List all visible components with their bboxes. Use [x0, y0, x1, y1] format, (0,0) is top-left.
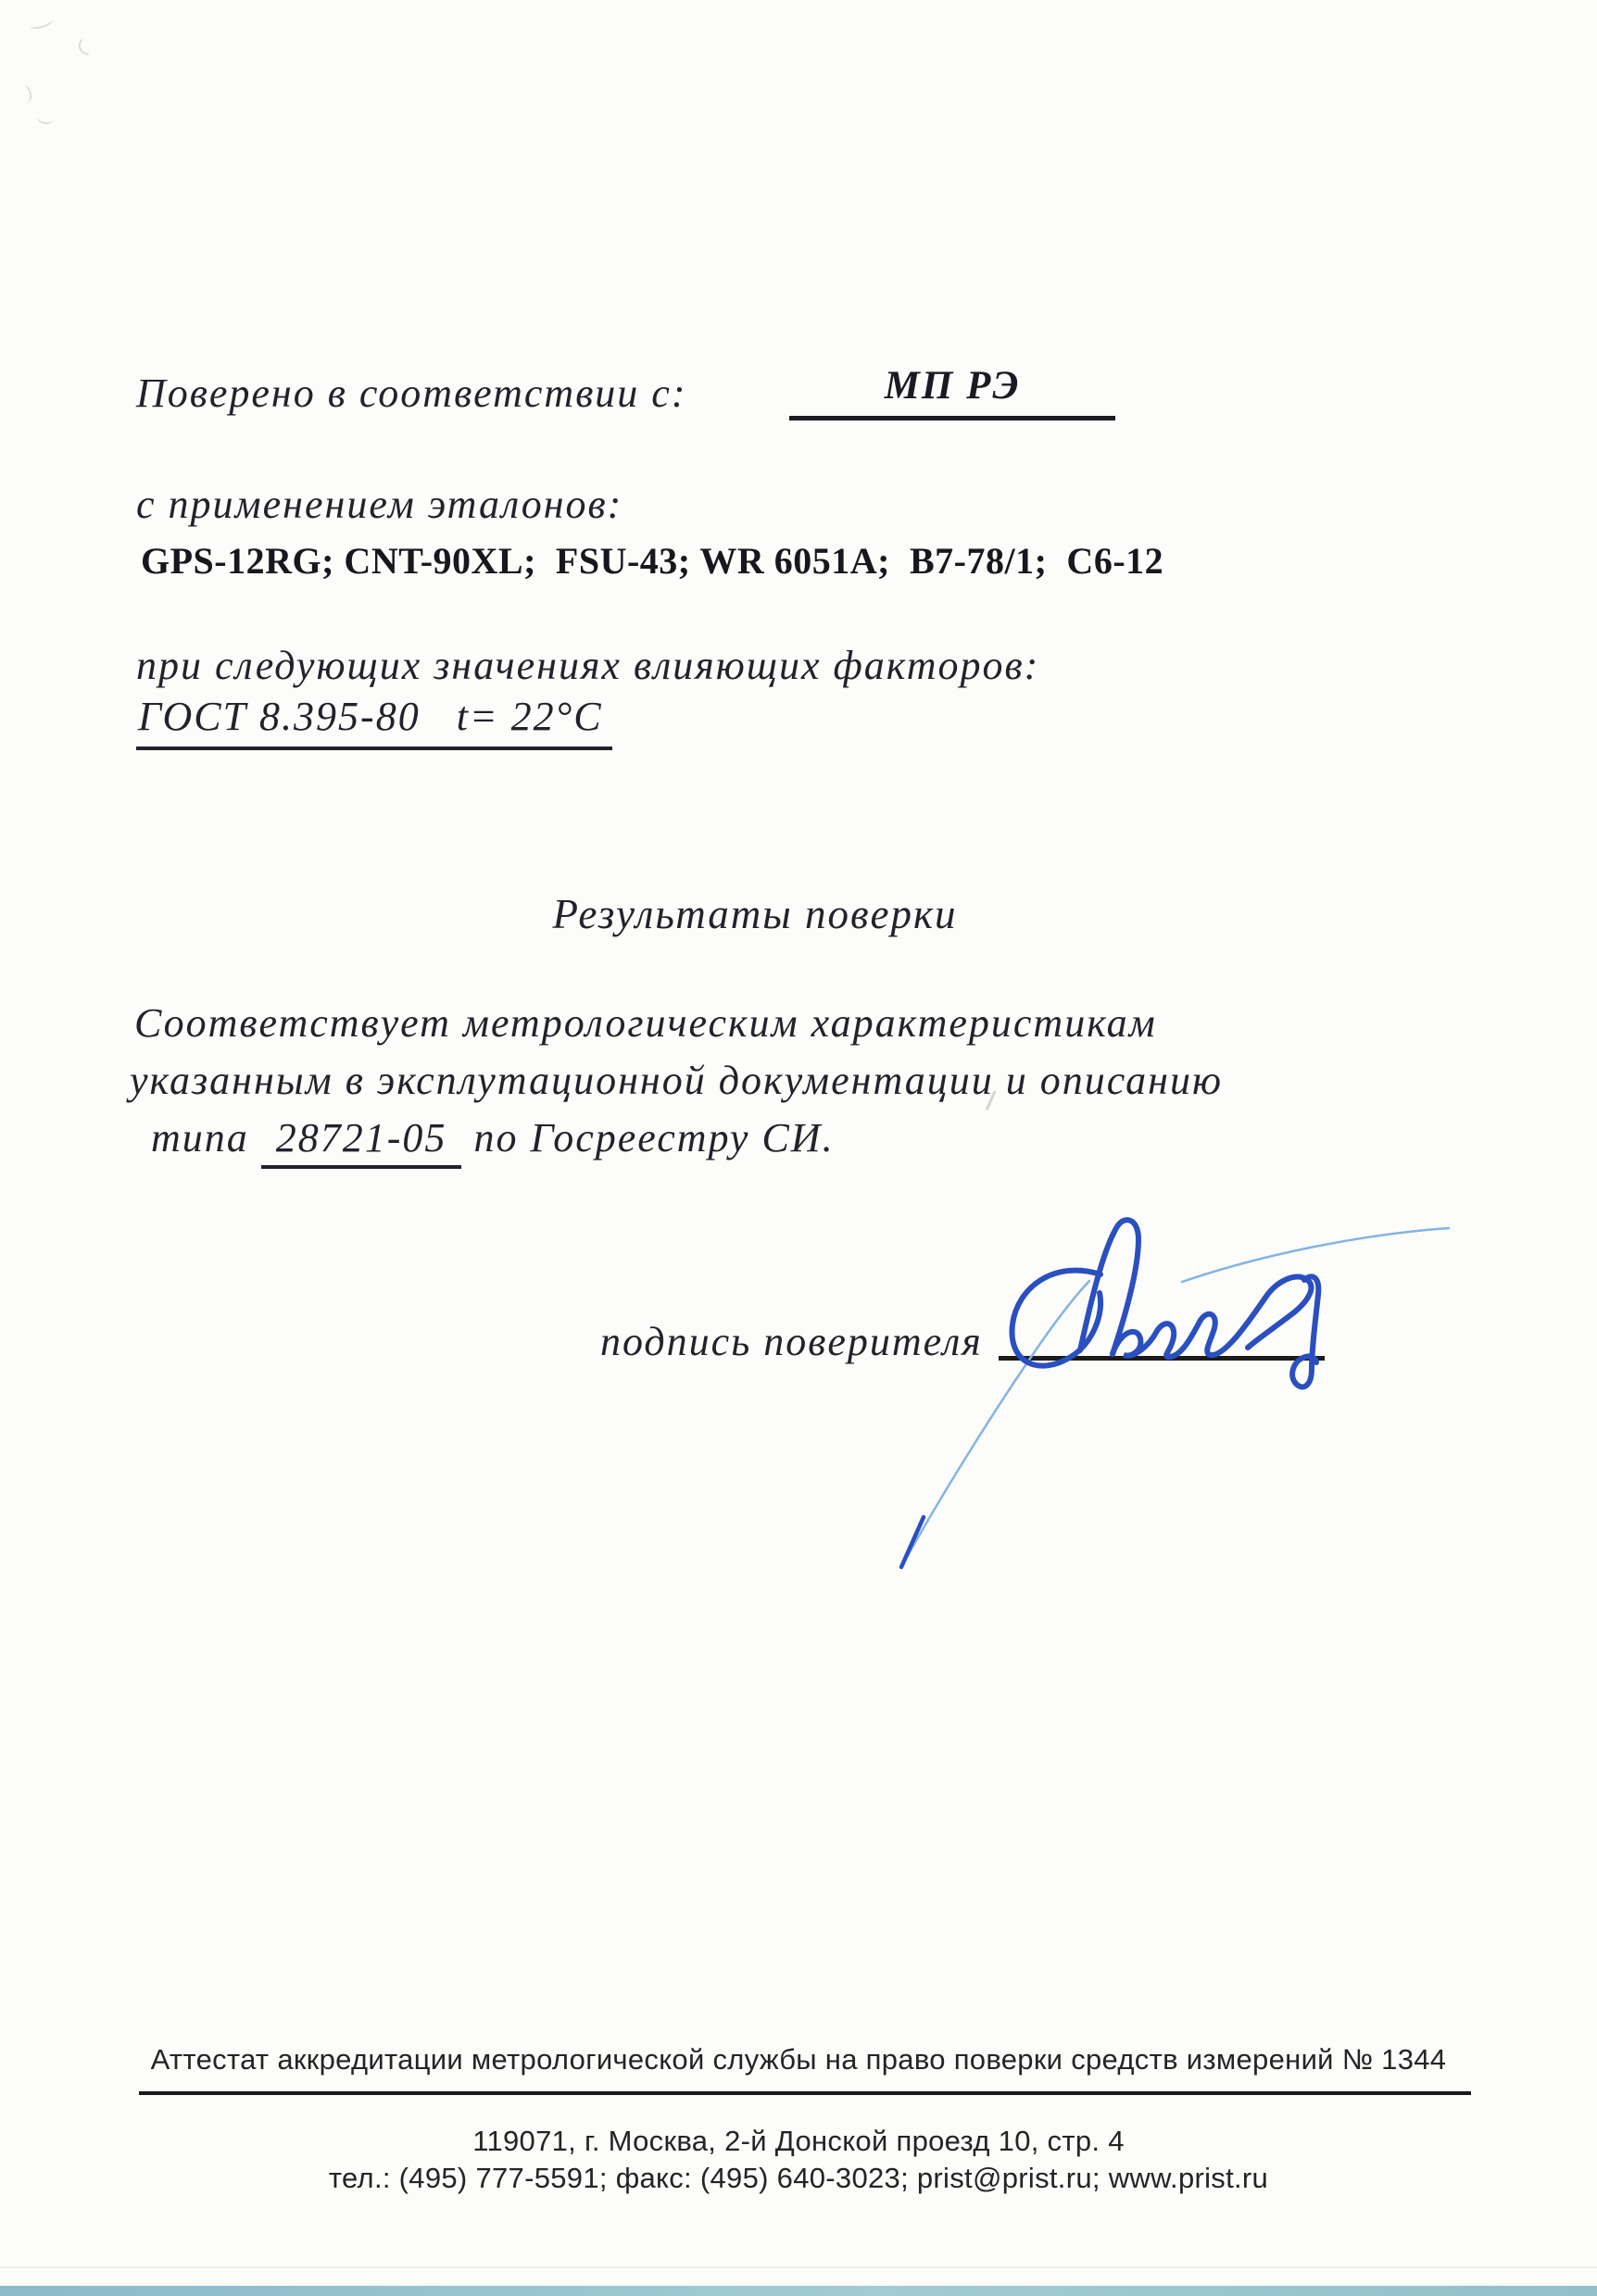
scan-edge-band	[0, 2286, 1597, 2296]
footer-contacts: тел.: (495) 777-5591; факс: (495) 640-30…	[0, 2162, 1597, 2195]
signature-scribble-eloops	[1113, 1277, 1312, 1357]
footer-rule	[139, 2091, 1471, 2095]
results-heading: Результаты поверки	[0, 891, 1510, 939]
verification-method-value: МП РЭ	[789, 363, 1115, 420]
footer-address: 119071, г. Москва, 2-й Донской проезд 10…	[0, 2125, 1597, 2158]
results-line-3: типа 28721-05 по Госреестру СИ.	[151, 1115, 835, 1162]
pencil-mark	[36, 110, 55, 126]
pencil-mark	[29, 14, 55, 31]
signature-tail-tip	[901, 1517, 924, 1567]
calibration-certificate-page: Поверено в соответствии с: МП РЭ с приме…	[0, 0, 1597, 2296]
standards-list: GPS-12RG; CNT-90XL; FSU-43; WR 6051A; В7…	[141, 539, 1163, 583]
pencil-mark	[16, 84, 33, 105]
signature-tail-stroke	[901, 1281, 1089, 1567]
signature-scribble-descender	[1292, 1276, 1318, 1386]
registry-type-suffix: по Госреестру СИ.	[473, 1115, 834, 1161]
registry-type-prefix: типа	[151, 1115, 249, 1161]
factors-label: при следующих значениях влияющих факторо…	[136, 643, 1039, 690]
registry-number: 28721-05	[261, 1115, 462, 1169]
results-line-2: указанным в эксплутационной документации…	[130, 1058, 1223, 1105]
factors-value: ГОСТ 8.395-80 t= 22°С	[136, 693, 612, 750]
verified-with-label: Поверено в соответствии с:	[136, 370, 686, 418]
scan-artifact-line	[0, 2266, 1597, 2268]
pencil-mark	[76, 39, 93, 56]
standards-label: с применением эталонов:	[136, 482, 622, 529]
results-line-1: Соответствует метрологическим характерис…	[134, 1000, 1157, 1048]
verifier-signature-ink	[519, 1186, 1482, 1584]
signature-flourish-stroke	[1182, 1228, 1449, 1282]
accreditation-note: Аттестат аккредитации метрологической сл…	[0, 2043, 1597, 2076]
